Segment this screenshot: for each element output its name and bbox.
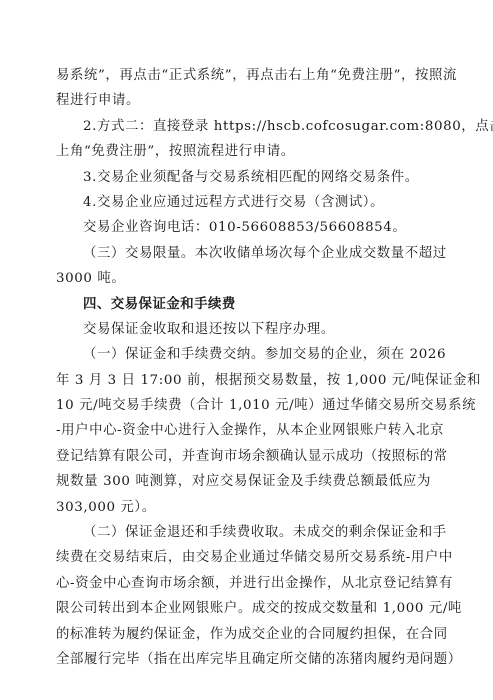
text-line: 4.交易企业应通过远程方式进行交易（含测试）。 xyxy=(56,190,431,215)
contact-phone-line: 交易企业咨询电话：010-56608853/56608854。 xyxy=(56,215,431,240)
text-line: 易系统”，再点击“正式系统”，再点击右上角“免费注册”，按照流 xyxy=(56,63,431,88)
text-line: 续费在交易结束后，由交易企业通过华储交易所交易系统-用户中 xyxy=(56,545,431,570)
page-number: - 3 - xyxy=(400,650,435,665)
text-line: 限公司转出到本企业网银账户。成交的按成交数量和 1,000 元/吨 xyxy=(56,596,431,621)
text-line: （一）保证金和手续费交纳。参加交易的企业，须在 2026 xyxy=(56,342,431,367)
text-line: 上角“免费注册”，按照流程进行申请。 xyxy=(56,139,431,164)
text-line: 年 3 月 3 日 17:00 前，根据预交易数量，按 1,000 元/吨保证金… xyxy=(56,368,431,393)
text-line: 登记结算有限公司，并查询市场余额确认显示成功（按照标的常 xyxy=(56,444,431,469)
text-line: 全部履行完毕（指在出库完毕且确定所交储的冻猪肉履约无问题） xyxy=(56,647,431,672)
text-line: 10 元/吨交易手续费（合计 1,010 元/吨）通过华储交易所交易系统 xyxy=(56,393,431,418)
text-line: 心-资金中心查询市场余额，并进行出金操作，从北京登记结算有 xyxy=(56,571,431,596)
text-line: -用户中心-资金中心进行入金操作，从本企业网银账户转入北京 xyxy=(56,418,431,443)
text-line: 303,000 元）。 xyxy=(56,495,431,520)
document-body: 易系统”，再点击“正式系统”，再点击右上角“免费注册”，按照流 程进行申请。 2… xyxy=(56,63,431,672)
text-line: 程进行申请。 xyxy=(56,88,431,113)
section-heading: 四、交易保证金和手续费 xyxy=(56,292,431,317)
text-line: （二）保证金退还和手续费收取。未成交的剩余保证金和手 xyxy=(56,520,431,545)
text-line: 规数量 300 吨测算，对应交易保证金及手续费总额最低应为 xyxy=(56,469,431,494)
text-line: 交易保证金收取和退还按以下程序办理。 xyxy=(56,317,431,342)
text-line: 2.方式二：直接登录 https://hscb.cofcosugar.com:8… xyxy=(56,114,431,139)
text-line: 3000 吨。 xyxy=(56,266,431,291)
text-line: 3.交易企业须配备与交易系统相匹配的网络交易条件。 xyxy=(56,165,431,190)
document-page: 易系统”，再点击“正式系统”，再点击右上角“免费注册”，按照流 程进行申请。 2… xyxy=(0,0,493,700)
text-line: （三）交易限量。本次收储单场次每个企业成交数量不超过 xyxy=(56,241,431,266)
text-line: 的标准转为履约保证金，作为成交企业的合同履约担保，在合同 xyxy=(56,622,431,647)
